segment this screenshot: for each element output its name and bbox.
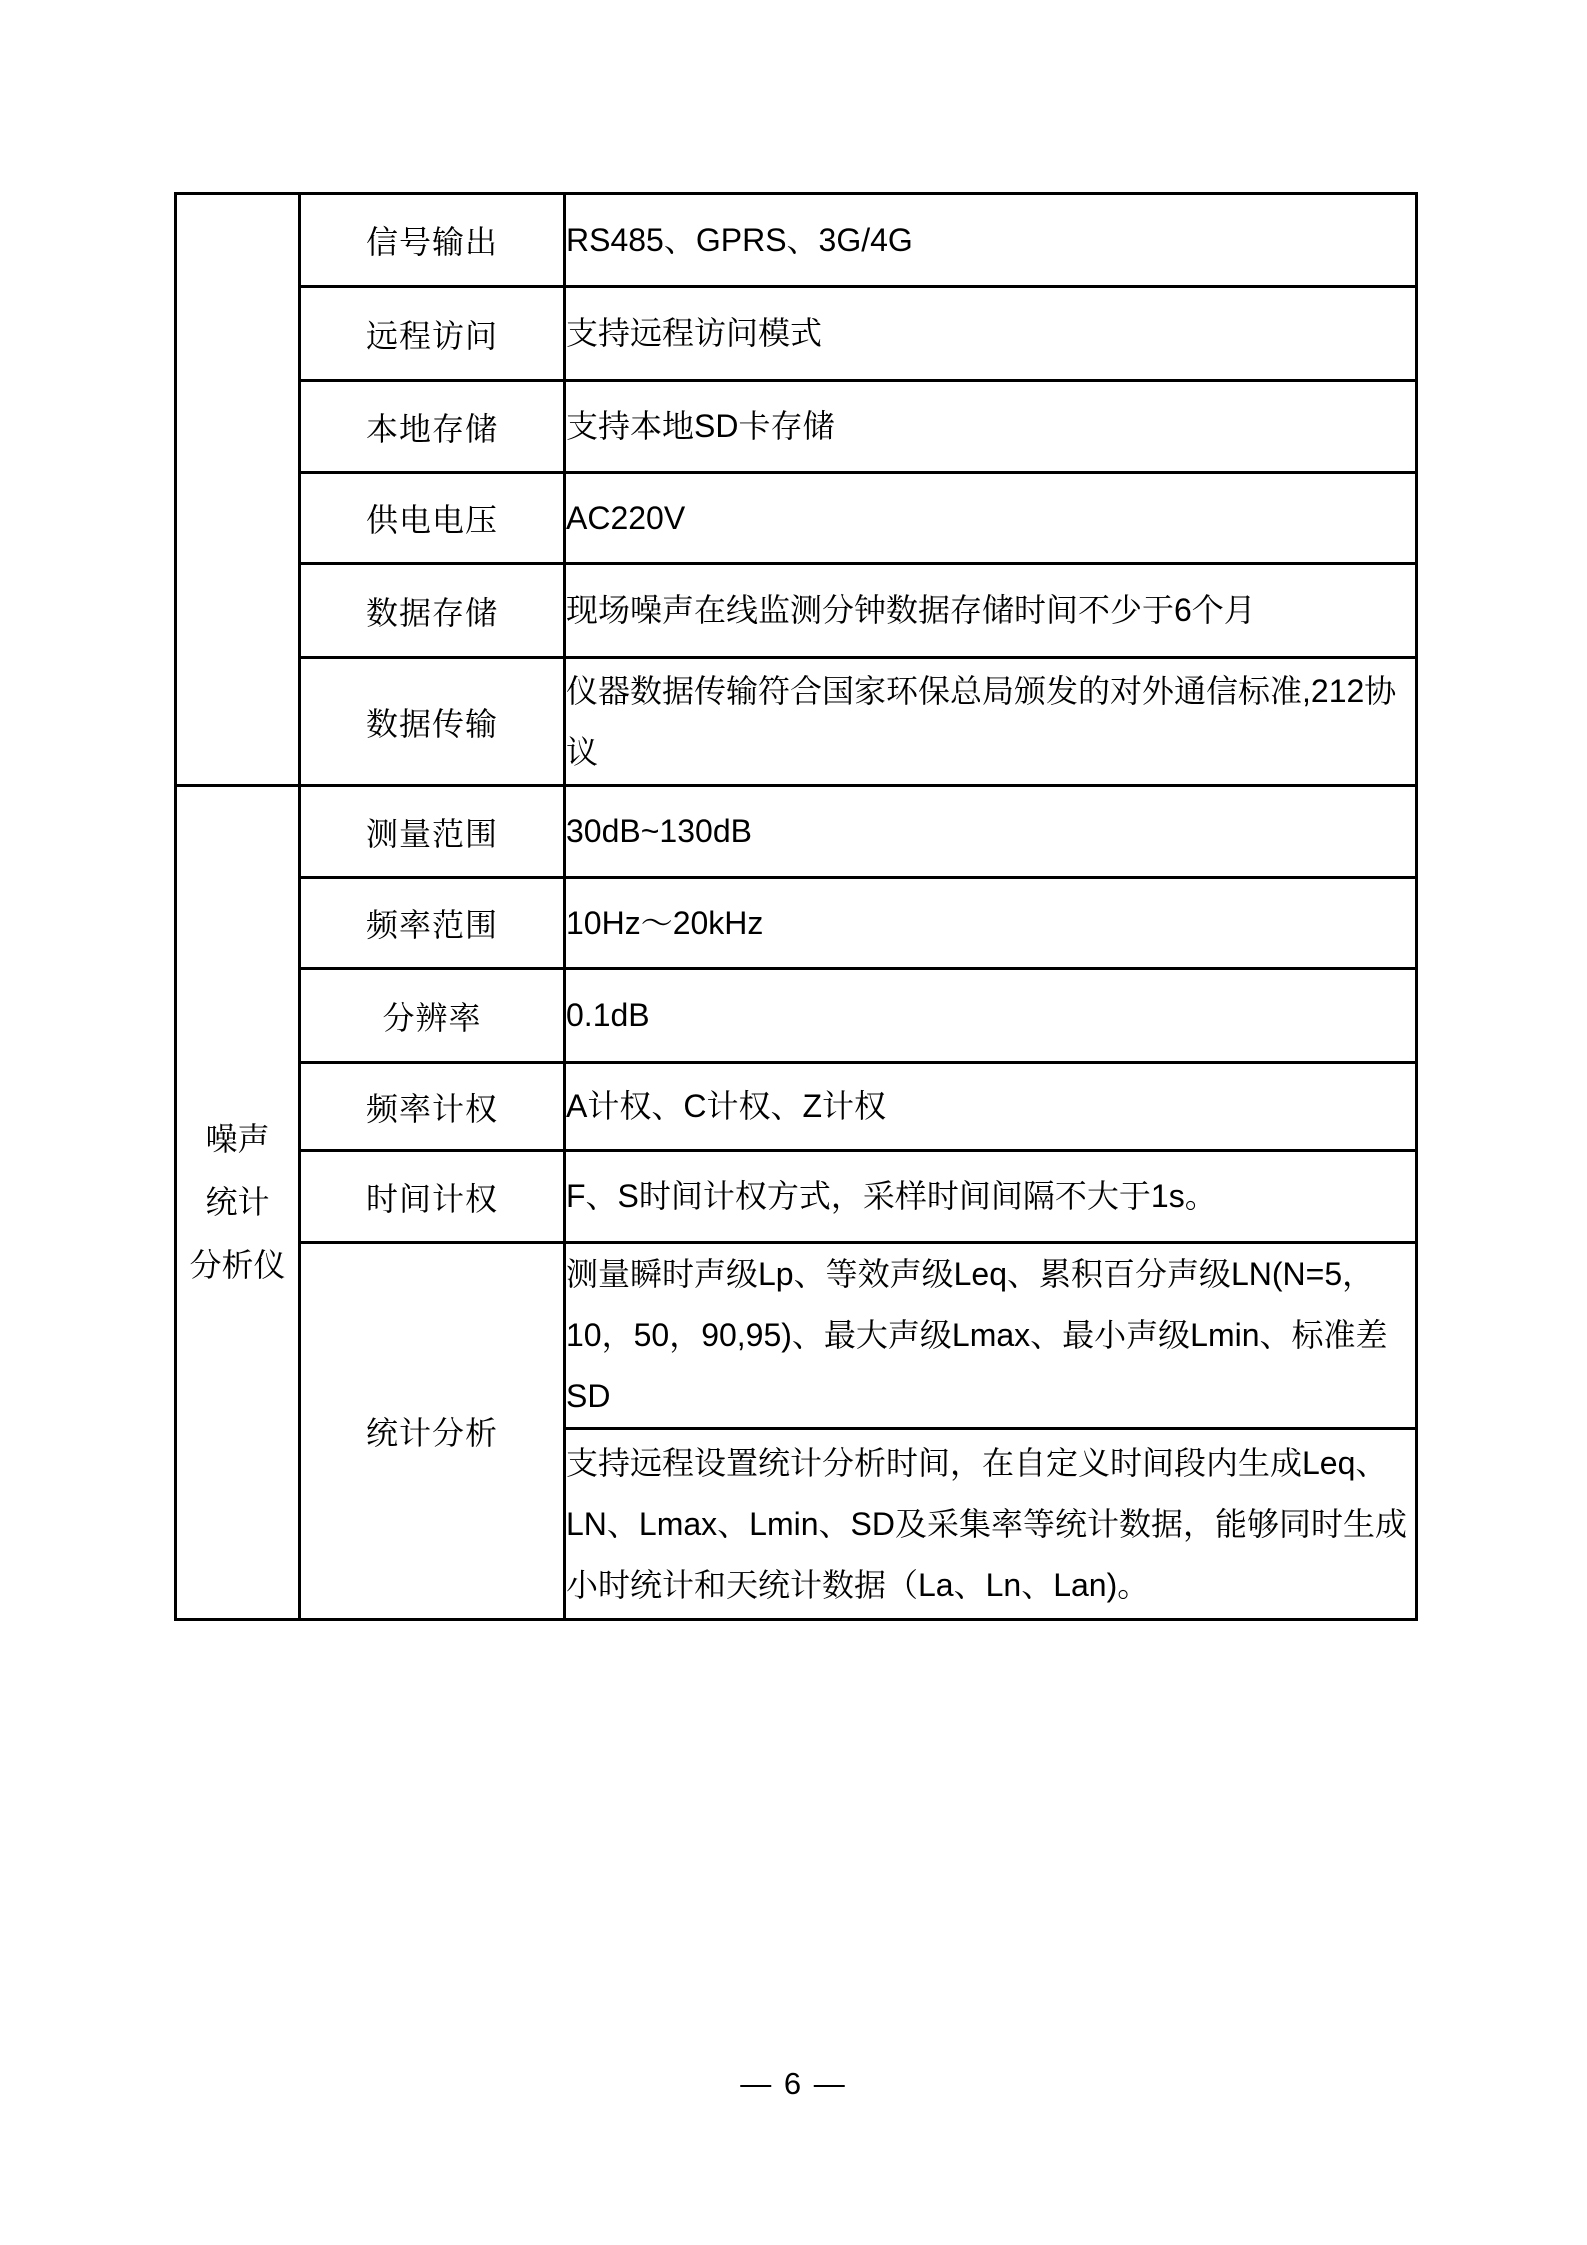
spec-value-cell: F、S时间计权方式，采样时间间隔不大于1s。 bbox=[565, 1151, 1417, 1243]
spec-value-cell: 支持远程设置统计分析时间，在自定义时间段内生成Leq、LN、Lmax、Lmin、… bbox=[565, 1429, 1417, 1620]
spec-row: 远程访问 支持远程访问模式 bbox=[176, 287, 1417, 381]
spec-value-cell: 30dB~130dB bbox=[565, 786, 1417, 878]
spec-row: 数据传输 仪器数据传输符合国家环保总局颁发的对外通信标准,212协议 bbox=[176, 658, 1417, 786]
spec-value-cell: 0.1dB bbox=[565, 969, 1417, 1063]
spec-row: 本地存储 支持本地SD卡存储 bbox=[176, 381, 1417, 473]
spec-row: 时间计权 F、S时间计权方式，采样时间间隔不大于1s。 bbox=[176, 1151, 1417, 1243]
spec-label-cell: 时间计权 bbox=[300, 1151, 565, 1243]
spec-value-cell: A计权、C计权、Z计权 bbox=[565, 1063, 1417, 1151]
spec-value-cell: 10Hz～20kHz bbox=[565, 878, 1417, 969]
spec-row: 数据存储 现场噪声在线监测分钟数据存储时间不少于6个月 bbox=[176, 564, 1417, 658]
spec-value-cell: 仪器数据传输符合国家环保总局颁发的对外通信标准,212协议 bbox=[565, 658, 1417, 786]
spec-row: 信号输出 RS485、GPRS、3G/4G bbox=[176, 194, 1417, 287]
category-cell-blank bbox=[176, 194, 300, 786]
spec-label-cell: 测量范围 bbox=[300, 786, 565, 878]
spec-row: 频率范围 10Hz～20kHz bbox=[176, 878, 1417, 969]
spec-row: 频率计权 A计权、C计权、Z计权 bbox=[176, 1063, 1417, 1151]
spec-value-cell: 支持远程访问模式 bbox=[565, 287, 1417, 381]
document-page: 信号输出 RS485、GPRS、3G/4G 远程访问 支持远程访问模式 本地存储… bbox=[0, 0, 1587, 2245]
spec-value-cell: AC220V bbox=[565, 473, 1417, 564]
spec-label-cell: 频率计权 bbox=[300, 1063, 565, 1151]
spec-row: 统计分析 测量瞬时声级Lp、等效声级Leq、累积百分声级LN(N=5，10，50… bbox=[176, 1243, 1417, 1429]
spec-label-cell: 分辨率 bbox=[300, 969, 565, 1063]
category-cell: 噪声 统计 分析仪 bbox=[176, 786, 300, 1620]
spec-value-cell: 支持本地SD卡存储 bbox=[565, 381, 1417, 473]
spec-value-cell: 现场噪声在线监测分钟数据存储时间不少于6个月 bbox=[565, 564, 1417, 658]
spec-row: 分辨率 0.1dB bbox=[176, 969, 1417, 1063]
spec-label-cell: 远程访问 bbox=[300, 287, 565, 381]
spec-label-cell: 数据传输 bbox=[300, 658, 565, 786]
spec-label-cell: 频率范围 bbox=[300, 878, 565, 969]
spec-label-cell: 本地存储 bbox=[300, 381, 565, 473]
spec-table: 信号输出 RS485、GPRS、3G/4G 远程访问 支持远程访问模式 本地存储… bbox=[174, 192, 1418, 1621]
page-number: — 6 — bbox=[0, 2066, 1587, 2102]
spec-label-cell: 供电电压 bbox=[300, 473, 565, 564]
spec-label-cell: 信号输出 bbox=[300, 194, 565, 287]
spec-row: 噪声 统计 分析仪 测量范围 30dB~130dB bbox=[176, 786, 1417, 878]
spec-label-cell: 数据存储 bbox=[300, 564, 565, 658]
spec-value-cell: RS485、GPRS、3G/4G bbox=[565, 194, 1417, 287]
spec-value-cell: 测量瞬时声级Lp、等效声级Leq、累积百分声级LN(N=5，10，50，90,9… bbox=[565, 1243, 1417, 1429]
spec-label-cell-stat: 统计分析 bbox=[300, 1243, 565, 1620]
spec-row: 供电电压 AC220V bbox=[176, 473, 1417, 564]
